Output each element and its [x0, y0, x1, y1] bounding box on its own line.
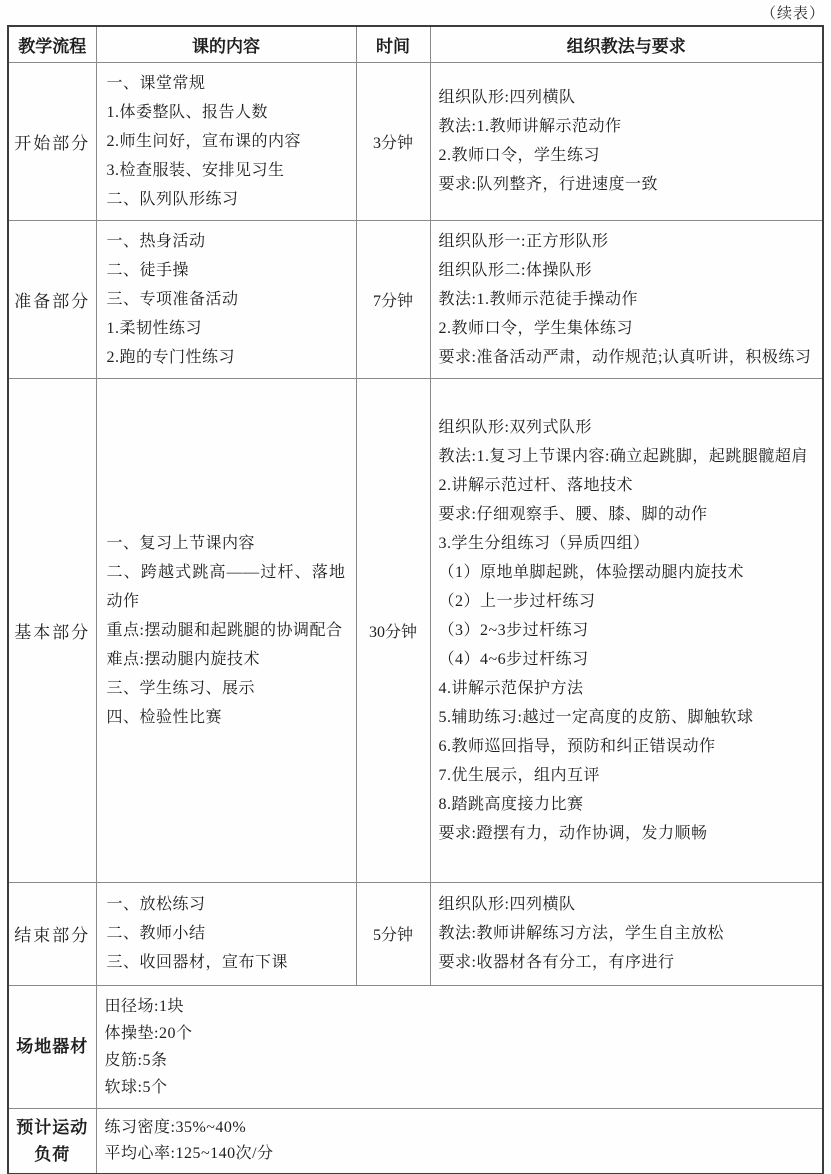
- content-line: 二、徒手操: [107, 256, 350, 285]
- content-line: 1.体委整队、报告人数: [107, 98, 350, 127]
- table-header-row: 教学流程 课的内容 时间 组织教法与要求: [8, 26, 823, 62]
- content-line: 二、队列队形练习: [107, 185, 350, 214]
- header-content: 课的内容: [96, 26, 356, 62]
- org-line: 8.踏跳高度接力比赛: [439, 790, 817, 819]
- load-line: 练习密度:35%~40%: [105, 1115, 817, 1141]
- equipment-line: 软球:5个: [105, 1074, 817, 1101]
- org-line: 教法:1.教师示范徒手操动作: [439, 285, 817, 314]
- content-line: 1.柔韧性练习: [107, 314, 350, 343]
- table-row-load: 预计运动负荷 练习密度:35%~40% 平均心率:125~140次/分: [8, 1108, 823, 1174]
- header-time: 时间: [356, 26, 430, 62]
- content-line: 二、跨越式跳高——过杆、落地动作: [107, 558, 350, 616]
- content-line: 一、课堂常规: [107, 69, 350, 98]
- org-line: （2）上一步过杆练习: [439, 587, 817, 616]
- org-line: 组织队形:双列式队形: [439, 413, 817, 442]
- org-line: （4）4~6步过杆练习: [439, 645, 817, 674]
- org-line: （1）原地单脚起跳，体验摆动腿内旋技术: [439, 558, 817, 587]
- content-line: 三、收回器材，宣布下课: [107, 948, 350, 977]
- equipment-label: 场地器材: [8, 985, 96, 1108]
- content-line: 2.跑的专门性练习: [107, 343, 350, 372]
- org-line: 要求:蹬摆有力，动作协调，发力顺畅: [439, 819, 817, 848]
- org-line: 2.教师口令，学生练习: [439, 141, 817, 170]
- org-line: 教法:教师讲解练习方法，学生自主放松: [439, 919, 817, 948]
- org-line: 教法:1.教师讲解示范动作: [439, 112, 817, 141]
- org-line: 4.讲解示范保护方法: [439, 674, 817, 703]
- table-row-closing: 结束部分 一、放松练习 二、教师小结 三、收回器材，宣布下课 5分钟 组织队形:…: [8, 882, 823, 985]
- table-row-equipment: 场地器材 田径场:1块 体操垫:20个 皮筋:5条 软球:5个: [8, 985, 823, 1108]
- org-line: 组织队形二:体操队形: [439, 256, 817, 285]
- content-cell-preparation: 一、热身活动 二、徒手操 三、专项准备活动 1.柔韧性练习 2.跑的专门性练习: [96, 220, 356, 378]
- organization-cell-opening: 组织队形:四列横队 教法:1.教师讲解示范动作 2.教师口令，学生练习 要求:队…: [430, 62, 823, 220]
- header-stage: 教学流程: [8, 26, 96, 62]
- stage-preparation: 准备部分: [8, 220, 96, 378]
- table-row-basic: 基本部分 一、复习上节课内容 二、跨越式跳高——过杆、落地动作 重点:摆动腿和起…: [8, 378, 823, 882]
- stage-basic: 基本部分: [8, 378, 96, 882]
- org-line: 组织队形:四列横队: [439, 83, 817, 112]
- equipment-cell: 田径场:1块 体操垫:20个 皮筋:5条 软球:5个: [96, 985, 823, 1108]
- content-line: 2.师生问好，宣布课的内容: [107, 127, 350, 156]
- equipment-line: 皮筋:5条: [105, 1047, 817, 1074]
- content-line: 一、热身活动: [107, 227, 350, 256]
- load-cell: 练习密度:35%~40% 平均心率:125~140次/分: [96, 1108, 823, 1174]
- content-line: 重点:摆动腿和起跳腿的协调配合: [107, 616, 350, 645]
- organization-cell-closing: 组织队形:四列横队 教法:教师讲解练习方法，学生自主放松 要求:收器材各有分工，…: [430, 882, 823, 985]
- time-opening: 3分钟: [356, 62, 430, 220]
- org-line: 2.讲解示范过杆、落地技术: [439, 471, 817, 500]
- stage-closing: 结束部分: [8, 882, 96, 985]
- content-line: 四、检验性比赛: [107, 703, 350, 732]
- time-closing: 5分钟: [356, 882, 430, 985]
- org-line: 要求:队列整齐，行进速度一致: [439, 170, 817, 199]
- lesson-plan-page: （续表） 教学流程 课的内容 时间 组织教法与要求 开始部分 一、课堂常规 1.…: [0, 0, 831, 1174]
- content-cell-basic: 一、复习上节课内容 二、跨越式跳高——过杆、落地动作 重点:摆动腿和起跳腿的协调…: [96, 378, 356, 882]
- content-line: 一、复习上节课内容: [107, 529, 350, 558]
- content-line: 难点:摆动腿内旋技术: [107, 645, 350, 674]
- org-line: 要求:准备活动严肃，动作规范;认真听讲，积极练习: [439, 343, 817, 372]
- content-line: 一、放松练习: [107, 890, 350, 919]
- content-line: 3.检查服装、安排见习生: [107, 156, 350, 185]
- org-line: 要求:收器材各有分工，有序进行: [439, 948, 817, 977]
- header-organization: 组织教法与要求: [430, 26, 823, 62]
- table-row-opening: 开始部分 一、课堂常规 1.体委整队、报告人数 2.师生问好，宣布课的内容 3.…: [8, 62, 823, 220]
- equipment-line: 田径场:1块: [105, 993, 817, 1020]
- content-cell-closing: 一、放松练习 二、教师小结 三、收回器材，宣布下课: [96, 882, 356, 985]
- org-line: 5.辅助练习:越过一定高度的皮筋、脚触软球: [439, 703, 817, 732]
- time-preparation: 7分钟: [356, 220, 430, 378]
- stage-opening: 开始部分: [8, 62, 96, 220]
- table-row-preparation: 准备部分 一、热身活动 二、徒手操 三、专项准备活动 1.柔韧性练习 2.跑的专…: [8, 220, 823, 378]
- content-line: 二、教师小结: [107, 919, 350, 948]
- org-line: 教法:1.复习上节课内容:确立起跳脚，起跳腿髋超肩: [439, 442, 817, 471]
- org-line: 要求:仔细观察手、腰、膝、脚的动作: [439, 500, 817, 529]
- org-line: 组织队形一:正方形队形: [439, 227, 817, 256]
- organization-cell-basic: 组织队形:双列式队形 教法:1.复习上节课内容:确立起跳脚，起跳腿髋超肩 2.讲…: [430, 378, 823, 882]
- lesson-plan-table: 教学流程 课的内容 时间 组织教法与要求 开始部分 一、课堂常规 1.体委整队、…: [7, 25, 824, 1174]
- continuation-note: （续表）: [761, 2, 825, 23]
- org-line: （3）2~3步过杆练习: [439, 616, 817, 645]
- content-line: 三、学生练习、展示: [107, 674, 350, 703]
- time-basic: 30分钟: [356, 378, 430, 882]
- org-line: 7.优生展示，组内互评: [439, 761, 817, 790]
- organization-cell-preparation: 组织队形一:正方形队形 组织队形二:体操队形 教法:1.教师示范徒手操动作 2.…: [430, 220, 823, 378]
- load-line: 平均心率:125~140次/分: [105, 1141, 817, 1167]
- org-line: 6.教师巡回指导，预防和纠正错误动作: [439, 732, 817, 761]
- equipment-line: 体操垫:20个: [105, 1020, 817, 1047]
- org-line: 2.教师口令，学生集体练习: [439, 314, 817, 343]
- content-cell-opening: 一、课堂常规 1.体委整队、报告人数 2.师生问好，宣布课的内容 3.检查服装、…: [96, 62, 356, 220]
- content-line: 三、专项准备活动: [107, 285, 350, 314]
- org-line: 3.学生分组练习（异质四组）: [439, 529, 817, 558]
- org-line: 组织队形:四列横队: [439, 890, 817, 919]
- load-label: 预计运动负荷: [8, 1108, 96, 1174]
